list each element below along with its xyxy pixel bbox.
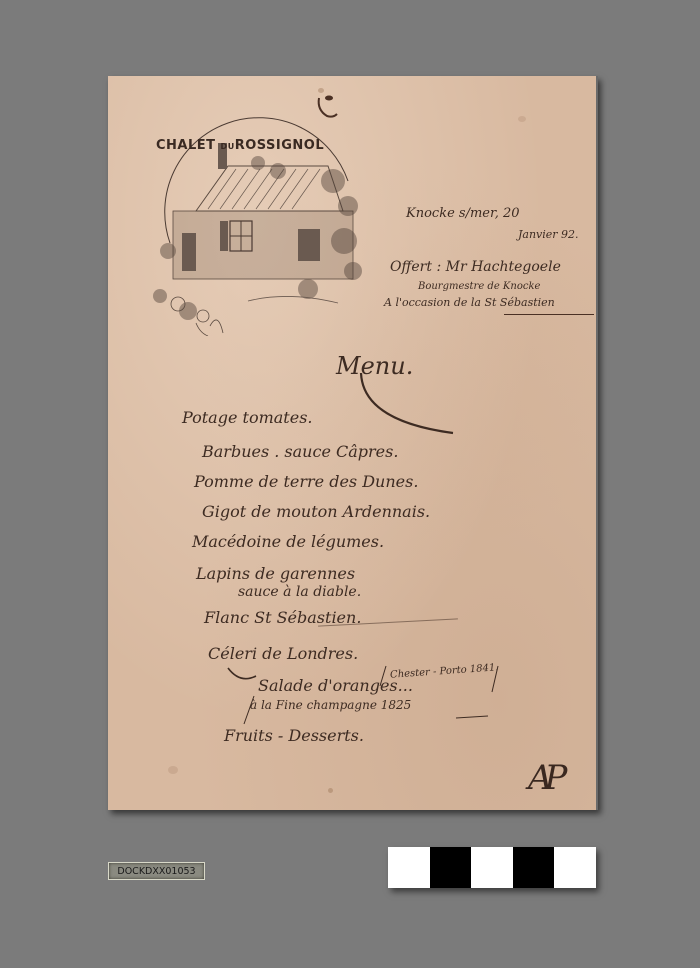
paper-stain	[518, 116, 526, 122]
color-calibration-bar	[388, 847, 596, 888]
paper-stain	[328, 788, 333, 793]
course-item: Fruits - Desserts.	[224, 726, 364, 745]
underline	[504, 314, 594, 315]
calibration-swatch-white	[388, 847, 430, 888]
course-item: Pomme de terre des Dunes.	[194, 472, 418, 491]
header-occasion: A l'occasion de la St Sébastien	[384, 296, 555, 309]
calibration-swatch-black	[430, 847, 472, 888]
course-item: à la Fine champagne 1825	[250, 698, 411, 712]
course-item: Lapins de garennes	[196, 564, 355, 583]
menu-card: CHALET DUROSSIGNOL Knocke s/mer, 20 Janv…	[108, 76, 598, 810]
course-item: sauce à la diable.	[238, 584, 361, 600]
course-item: Salade d'oranges...	[258, 676, 413, 695]
vignette-title: CHALET DUROSSIGNOL	[156, 138, 324, 153]
calibration-swatch-black	[513, 847, 555, 888]
header-offered-by: Offert : Mr Hachtegoele	[390, 259, 561, 275]
course-item: Gigot de mouton Ardennais.	[202, 502, 430, 521]
course-item: Macédoine de légumes.	[192, 532, 384, 551]
calibration-swatch-white	[554, 847, 596, 888]
calibration-swatch-white	[471, 847, 513, 888]
menu-flourish	[353, 371, 463, 441]
course-item: Potage tomates.	[182, 408, 312, 427]
header-title: Bourgmestre de Knocke	[418, 281, 540, 292]
bracket-lines	[226, 662, 506, 732]
monogram: AP	[528, 758, 559, 798]
header-date: Janvier 92.	[518, 228, 579, 241]
course-item: Barbues . sauce Câpres.	[202, 442, 398, 461]
catalog-label: DOCKDXX01053	[108, 862, 205, 880]
paper-stain	[168, 766, 178, 774]
header-place-date: Knocke s/mer, 20	[406, 206, 520, 221]
course-item: Céleri de Londres.	[208, 644, 358, 663]
